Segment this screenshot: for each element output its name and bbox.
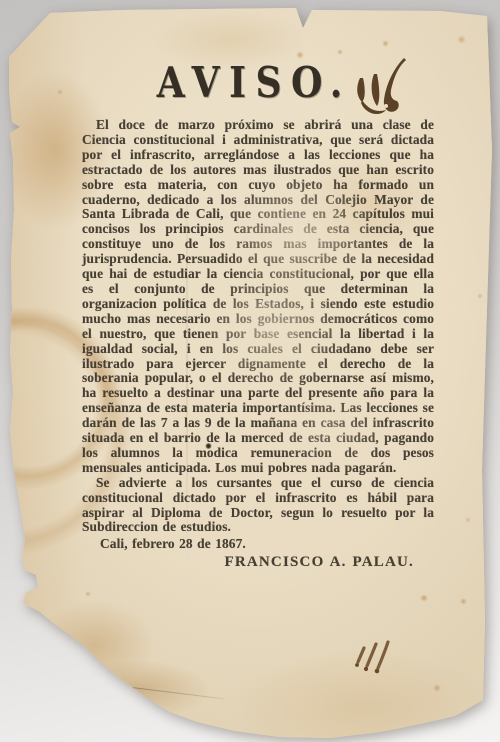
notice-paragraph-1: El doce de marzo próximo se abrirá una c… xyxy=(82,118,434,476)
photo-backdrop: AVISO. El doce de marzo próximo se abrir… xyxy=(0,0,500,742)
paper-fiber xyxy=(56,678,225,700)
notice-body: El doce de marzo próximo se abrirá una c… xyxy=(82,118,434,570)
notice-signature: FRANCISCO A. PALAU. xyxy=(82,555,434,570)
paper-sheet: AVISO. El doce de marzo próximo se abrir… xyxy=(0,0,500,742)
ink-blot-mark xyxy=(346,56,410,122)
paper-sheet-wrap: AVISO. El doce de marzo próximo se abrir… xyxy=(0,0,500,742)
notice-paragraph-2: Se advierte a los cursantes que el curso… xyxy=(82,476,434,536)
notice-dateline: Cali, febrero 28 de 1867. xyxy=(82,537,434,552)
ink-scribble-mark xyxy=(348,636,404,680)
